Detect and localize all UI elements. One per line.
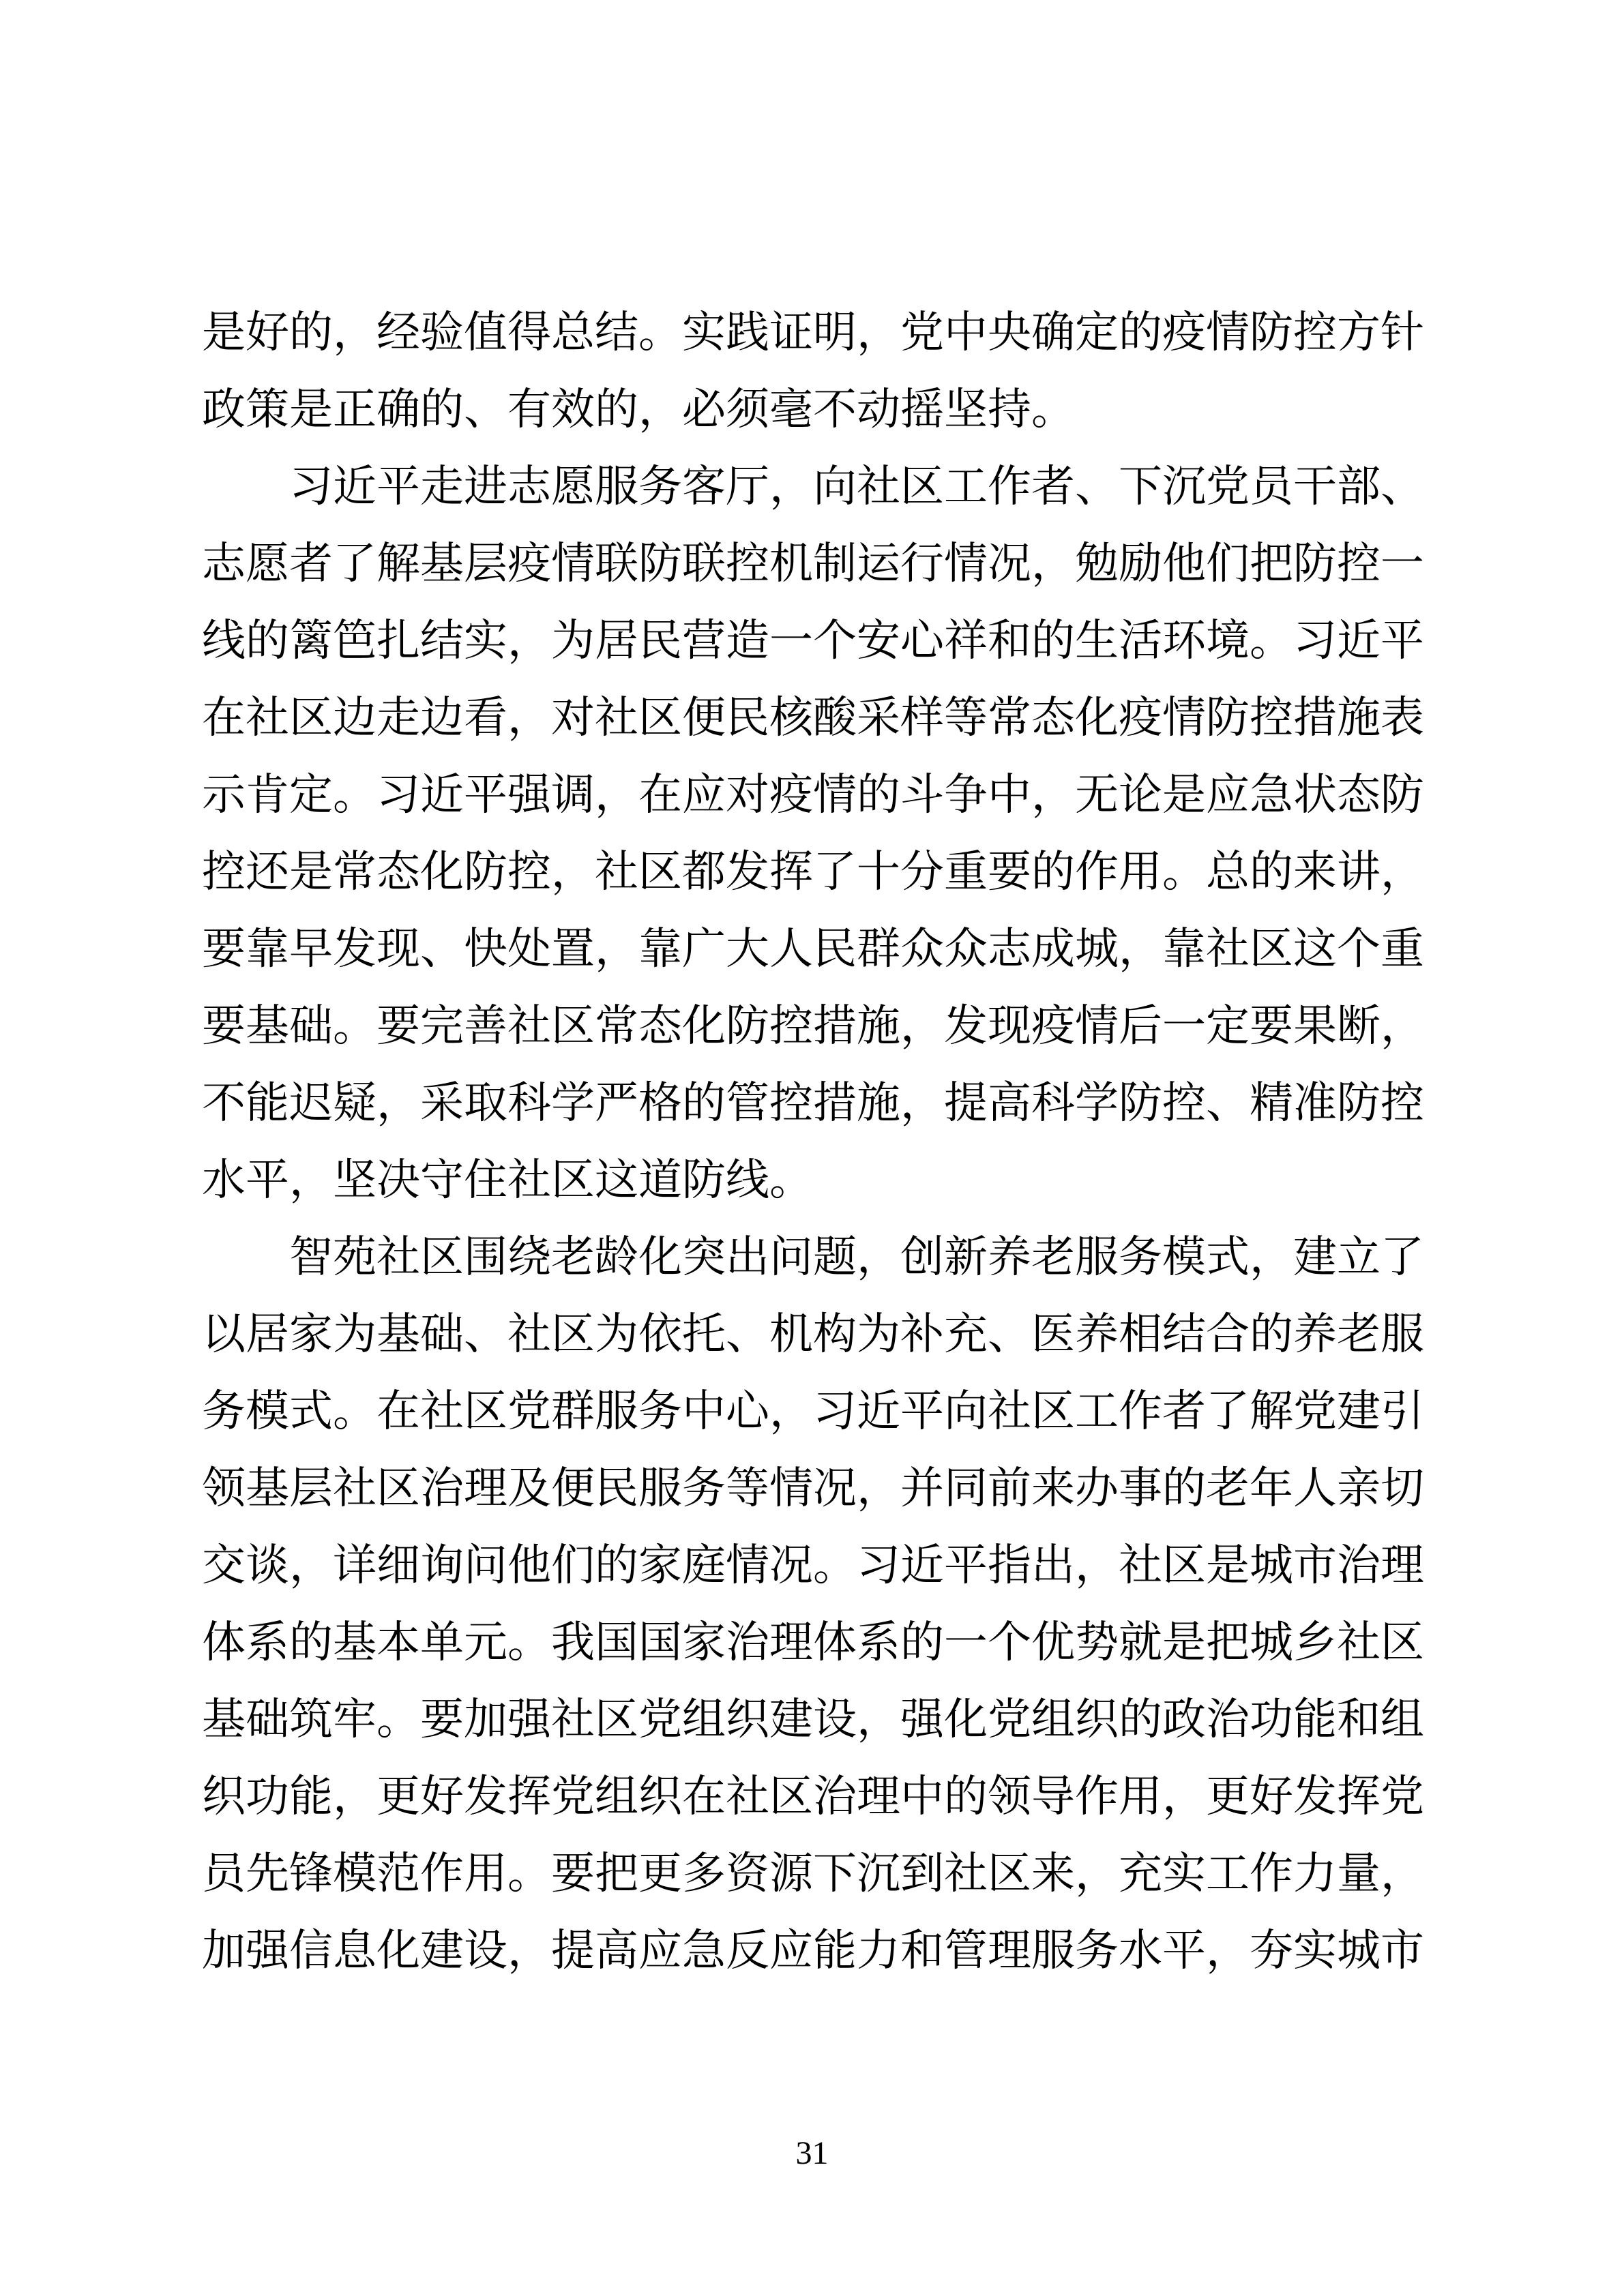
page-number: 31 [0,2133,1624,2174]
text-line: 以居家为基础、社区为依托、机构为补充、医养相结合的养老服 [202,1296,1424,1373]
text-line: 体系的基本单元。我国国家治理体系的一个优势就是把城乡社区 [202,1604,1424,1681]
body-text: 是好的，经验值得总结。实践证明，党中央确定的疫情防控方针政策是正确的、有效的，必… [202,294,1424,1989]
text-line: 政策是正确的、有效的，必须毫不动摇坚持。 [202,371,1424,448]
text-line: 在社区边走边看，对社区便民核酸采样等常态化疫情防控措施表 [202,679,1424,756]
text-line: 交谈，详细询问他们的家庭情况。习近平指出，社区是城市治理 [202,1527,1424,1604]
text-line: 不能迟疑，采取科学严格的管控措施，提高科学防控、精准防控 [202,1064,1424,1142]
text-line: 织功能，更好发挥党组织在社区治理中的领导作用，更好发挥党 [202,1758,1424,1835]
text-line: 务模式。在社区党群服务中心，习近平向社区工作者了解党建引 [202,1373,1424,1450]
text-line: 控还是常态化防控，社区都发挥了十分重要的作用。总的来讲， [202,833,1424,910]
text-line: 习近平走进志愿服务客厅，向社区工作者、下沉党员干部、 [202,448,1424,525]
text-line: 基础筑牢。要加强社区党组织建设，强化党组织的政治功能和组 [202,1681,1424,1758]
text-line: 示肯定。习近平强调，在应对疫情的斗争中，无论是应急状态防 [202,756,1424,833]
text-line: 志愿者了解基层疫情联防联控机制运行情况，勉励他们把防控一 [202,525,1424,602]
text-line: 水平，坚决守住社区这道防线。 [202,1142,1424,1219]
document-page: 是好的，经验值得总结。实践证明，党中央确定的疫情防控方针政策是正确的、有效的，必… [0,0,1624,2296]
text-line: 要基础。要完善社区常态化防控措施，发现疫情后一定要果断， [202,987,1424,1064]
text-line: 线的篱笆扎结实，为居民营造一个安心祥和的生活环境。习近平 [202,602,1424,679]
text-line: 要靠早发现、快处置，靠广大人民群众众志成城，靠社区这个重 [202,910,1424,987]
text-line: 加强信息化建设，提高应急反应能力和管理服务水平，夯实城市 [202,1912,1424,1989]
text-line: 是好的，经验值得总结。实践证明，党中央确定的疫情防控方针 [202,294,1424,371]
text-line: 领基层社区治理及便民服务等情况，并同前来办事的老年人亲切 [202,1450,1424,1527]
text-line: 员先锋模范作用。要把更多资源下沉到社区来，充实工作力量， [202,1835,1424,1912]
text-line: 智苑社区围绕老龄化突出问题，创新养老服务模式，建立了 [202,1219,1424,1296]
